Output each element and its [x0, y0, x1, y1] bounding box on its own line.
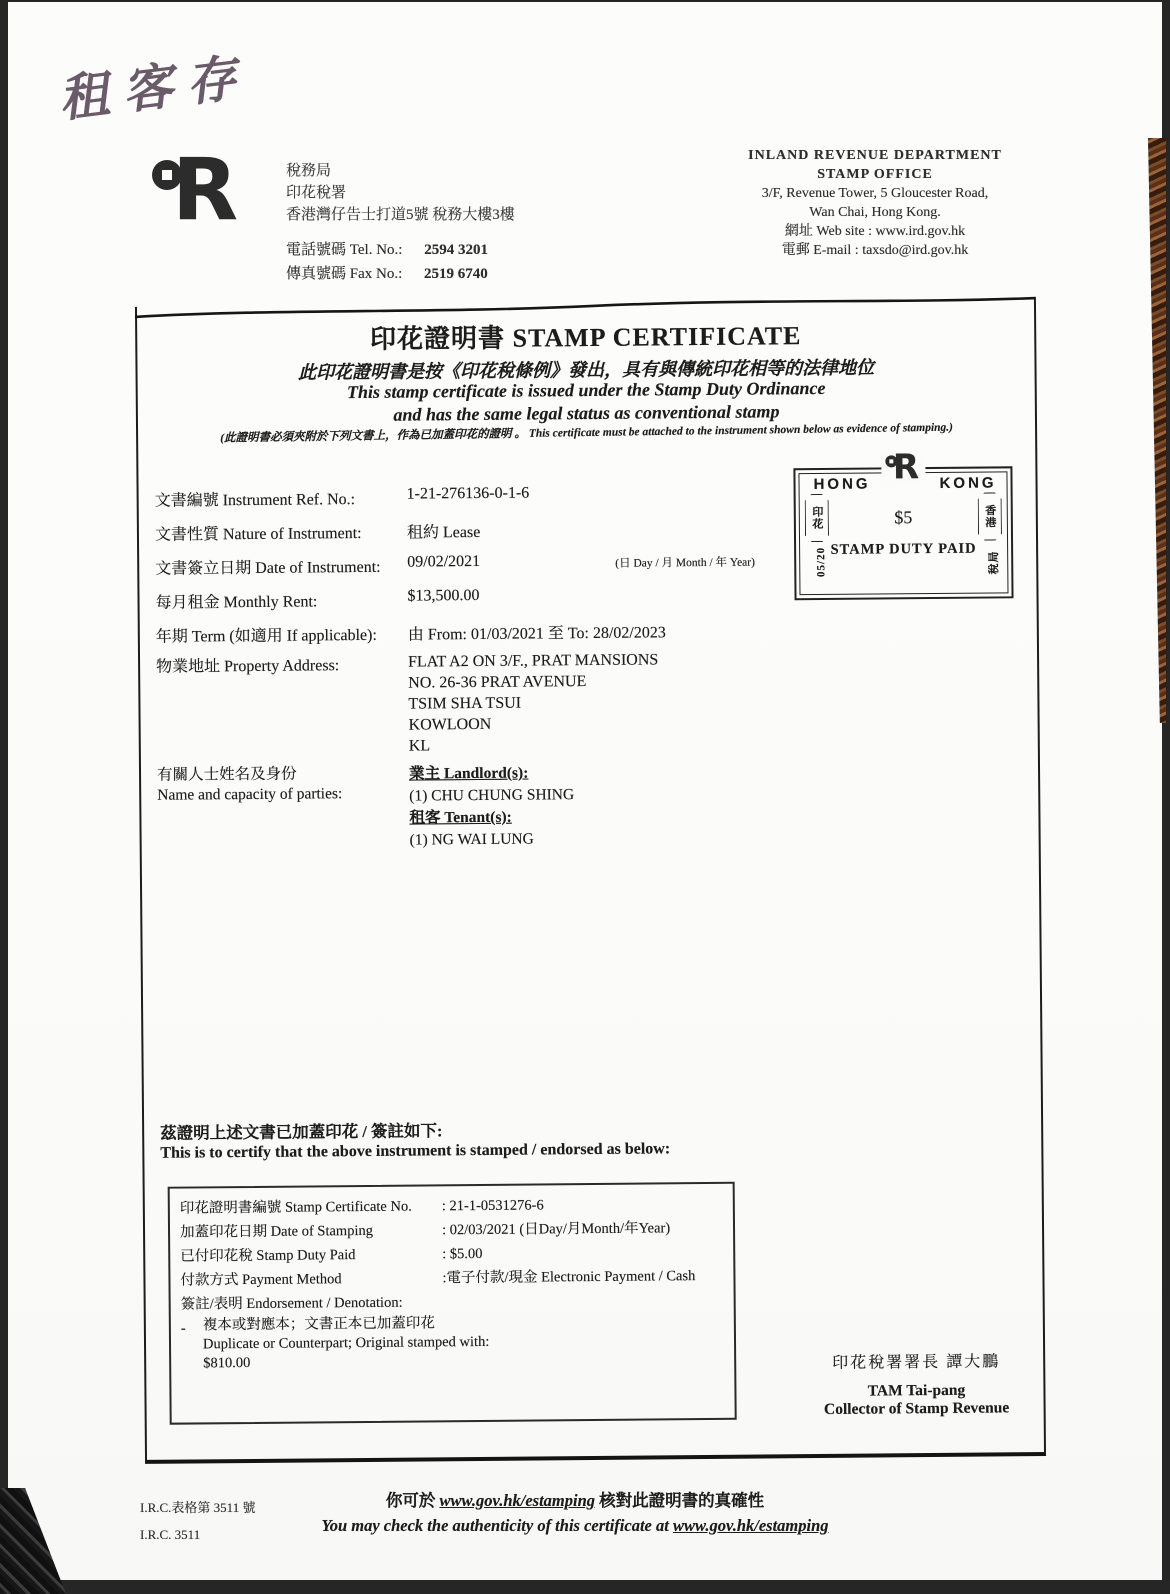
header-contact: 電話號碼 Tel. No.: 2594 3201 傳真號碼 Fax No.: 2…	[286, 238, 488, 286]
stamp-duty-paid-chop: R HONG KONG $5 STAMP DUTY PAID 印花 香港 05/…	[793, 466, 1013, 600]
coin-icon	[885, 455, 897, 467]
field-label: 年期 Term (如適用 If applicable):	[156, 622, 408, 647]
tel-label: 電話號碼 Tel. No.:	[286, 242, 402, 258]
seal-left: 印花	[805, 494, 829, 542]
parties-label-en: Name and capacity of parties:	[157, 784, 409, 806]
endorsement-label: 加蓋印花日期 Date of Stamping	[180, 1218, 442, 1244]
seal-right-code: 稅局	[981, 554, 1001, 570]
form-number-block: I.R.C.表格第 3511 號 I.R.C. 3511	[140, 1494, 255, 1548]
endorsement-label: 已付印花稅 Stamp Duty Paid	[180, 1242, 442, 1268]
email-line: 電郵 E-mail : taxsdo@ird.gov.hk	[700, 241, 1050, 260]
field-label: 每月租金 Monthly Rent:	[155, 588, 407, 613]
header-department-block: INLAND REVENUE DEPARTMENT STAMP OFFICE 3…	[700, 146, 1050, 260]
estamping-url: www.gov.hk/estamping	[439, 1491, 595, 1510]
collector-title-en: Collector of Stamp Revenue	[747, 1399, 1087, 1420]
field-row-term: 年期 Term (如適用 If applicable): 由 From: 01/…	[156, 616, 1016, 647]
endorsement-item-en: Duplicate or Counterpart; Original stamp…	[203, 1333, 489, 1354]
endorsement-item-body: 複本或對應本；文書正本已加蓋印花 Duplicate or Counterpar…	[203, 1314, 490, 1373]
parties-label-cn: 有關人士姓名及身份	[157, 764, 409, 786]
field-label: 文書性質 Nature of Instrument:	[155, 520, 407, 545]
office-name: STAMP OFFICE	[700, 165, 1050, 184]
certificate-body: 印花證明書 STAMP CERTIFICATE 此印花證明書是按《印花稅條例》發…	[135, 299, 1046, 1464]
field-row-property-address: 物業地址 Property Address: FLAT A2 ON 3/F., …	[156, 646, 1017, 759]
collector-title-cn: 印花稅署署長 譚大鵬	[746, 1348, 1086, 1374]
date-format-note: (日 Day / 月 Month / 年 Year)	[615, 551, 755, 575]
authenticity-cn-post: 核對此證明書的真確性	[595, 1491, 764, 1510]
tel-line: 電話號碼 Tel. No.: 2594 3201	[286, 238, 488, 262]
dept-name-cn: 稅務局	[286, 160, 515, 182]
field-label: 物業地址 Property Address:	[156, 652, 409, 759]
fax-label: 傳真號碼 Fax No.:	[286, 266, 402, 282]
authenticity-cn-pre: 你可於	[386, 1491, 440, 1510]
form-number-en: I.R.C. 3511	[140, 1521, 255, 1548]
field-label: 文書編號 Instrument Ref. No.:	[155, 486, 407, 511]
coin-icon	[152, 160, 182, 190]
certificate-title: 印花證明書 STAMP CERTIFICATE	[137, 313, 1034, 358]
department-address-1: 3/F, Revenue Tower, 5 Gloucester Road,	[700, 184, 1050, 203]
stamp-caption: STAMP DUTY PAID	[796, 540, 1011, 559]
property-address: FLAT A2 ON 3/F., PRAT MANSIONS NO. 26-36…	[408, 646, 1017, 756]
dash: -	[181, 1316, 203, 1373]
address-line: KL	[409, 730, 1017, 756]
parties-label: 有關人士姓名及身份 Name and capacity of parties:	[157, 764, 410, 854]
endorsement-value: : 02/03/2021 (日Day/月Month/年Year)	[442, 1216, 670, 1242]
certify-line-en: This is to certify that the above instru…	[160, 1140, 670, 1162]
field-label: 文書簽立日期 Date of Instrument:	[155, 554, 407, 579]
field-row-parties: 有關人士姓名及身份 Name and capacity of parties: …	[157, 758, 1018, 854]
header-office-address: 稅務局 印花稅署 香港灣仔告士打道5號 稅務大樓3樓	[286, 160, 515, 226]
seal-left-code-text: 05/20	[815, 547, 827, 577]
tenant-item: (1) NG WAI LUNG	[410, 824, 1018, 851]
collector-signature-block: 印花稅署署長 譚大鵬 TAM Tai-pang Collector of Sta…	[746, 1348, 1087, 1420]
certify-line-cn: 茲證明上述文書已加蓋印花 / 簽註如下:	[160, 1117, 443, 1143]
seal-right-text: 香港	[982, 504, 998, 528]
website-line: 網址 Web site : www.ird.gov.hk	[700, 222, 1050, 241]
endorsement-label: 付款方式 Payment Method	[180, 1266, 442, 1292]
endorsement-item-cn: 複本或對應本；文書正本已加蓋印花	[203, 1314, 489, 1335]
field-value: 09/02/2021	[407, 552, 537, 576]
seal-left-code: 05/20	[806, 556, 826, 568]
tel-value: 2594 3201	[424, 242, 488, 258]
seal-right: 香港	[978, 492, 1002, 540]
stamp-word-hong: HONG	[813, 476, 870, 493]
field-value: 由 From: 01/03/2021 至 To: 28/02/2023	[408, 616, 1016, 644]
estamping-url: www.gov.hk/estamping	[673, 1516, 829, 1535]
ird-logo-letter: R	[172, 140, 234, 240]
scanned-stamp-certificate: 租客存 R 稅務局 印花稅署 香港灣仔告士打道5號 稅務大樓3樓 電話號碼 Te…	[0, 0, 1170, 1594]
endorsement-value: : $5.00	[442, 1242, 482, 1266]
fax-line: 傳真號碼 Fax No.: 2519 6740	[286, 262, 488, 286]
endorsement-value: : 21-1-0531276-6	[442, 1193, 544, 1218]
office-name-cn: 印花稅署	[286, 182, 515, 204]
parties-list: 業主 Landlord(s): (1) CHU CHUNG SHING 租客 T…	[409, 758, 1018, 851]
stamp-ird-logo: R	[881, 454, 925, 486]
ird-logo: R	[150, 156, 258, 240]
authenticity-line-cn: 你可於 www.gov.hk/estamping 核對此證明書的真確性	[245, 1487, 905, 1511]
authenticity-line-en: You may check the authenticity of this c…	[245, 1516, 905, 1536]
endorsement-row: 付款方式 Payment Method :電子付款/現金 Electronic …	[180, 1264, 723, 1293]
endorsement-value: :電子付款/現金 Electronic Payment / Cash	[442, 1264, 695, 1290]
endorsement-box: 印花證明書編號 Stamp Certificate No. : 21-1-053…	[168, 1182, 737, 1425]
endorsement-item: - 複本或對應本；文書正本已加蓋印花 Duplicate or Counterp…	[181, 1312, 724, 1374]
department-name: INLAND REVENUE DEPARTMENT	[700, 146, 1050, 165]
stamp-word-kong: KONG	[939, 474, 996, 491]
form-number-cn: I.R.C.表格第 3511 號	[140, 1494, 255, 1521]
endorsement-row: 加蓋印花日期 Date of Stamping : 02/03/2021 (日D…	[180, 1216, 723, 1245]
endorsement-label: 印花證明書編號 Stamp Certificate No.	[180, 1194, 442, 1220]
authenticity-check-block: 你可於 www.gov.hk/estamping 核對此證明書的真確性 You …	[245, 1487, 905, 1536]
authenticity-en-pre: You may check the authenticity of this c…	[321, 1516, 673, 1535]
endorsement-item-amount: $810.00	[203, 1352, 489, 1373]
office-address-cn: 香港灣仔告士打道5號 稅務大樓3樓	[286, 204, 515, 226]
department-address-2: Wan Chai, Hong Kong.	[700, 203, 1050, 222]
seal-right-code-text: 稅局	[985, 550, 1001, 574]
seal-left-text: 印花	[809, 506, 825, 530]
ird-logo-letter: R	[893, 447, 918, 487]
fax-value: 2519 6740	[424, 266, 488, 282]
